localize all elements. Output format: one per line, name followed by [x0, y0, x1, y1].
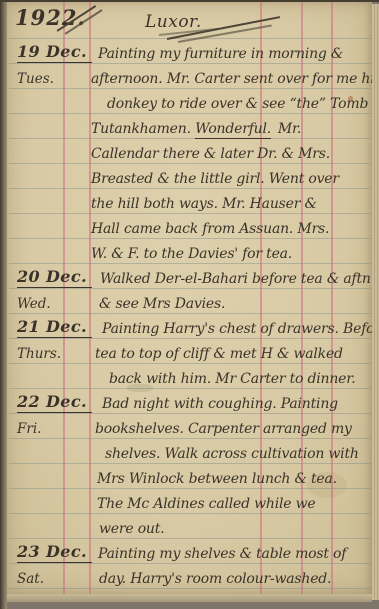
notebook-page: 1922. Luxor. 19 Dec. Painting my furnitu… — [7, 2, 372, 594]
entry-gutter: 20 Dec. — [7, 267, 92, 288]
diary-photo: 1922. Luxor. 19 Dec. Painting my furnitu… — [0, 0, 379, 609]
entry-text: afternoon. Mr. Carter sent over for me h… — [91, 71, 379, 88]
entry-text: Mrs Winlock between lunch & tea. — [91, 471, 372, 488]
entry-date: 23 Dec. — [17, 544, 92, 563]
diary-row: were out. — [7, 513, 372, 538]
diary-row: Sat. day. Harry's room colour-washed. — [7, 563, 372, 588]
entry-text-pre: Tutankhamen. — [91, 121, 195, 137]
entry-gutter: 22 Dec. — [7, 392, 92, 413]
entry-text: Tutankhamen. Wonderful. Mr. — [91, 121, 372, 138]
entry-text: Walked Der-el-Bahari before tea & aftn & — [92, 271, 379, 288]
entry-text: Painting my shelves & table most of — [92, 546, 372, 563]
entry-date: 22 Dec. — [17, 394, 92, 413]
diary-row: 20 Dec. Walked Der-el-Bahari before tea … — [7, 263, 372, 288]
page-edges-right — [372, 4, 379, 600]
diary-row: Hall came back from Assuan. Mrs. — [7, 213, 372, 238]
diary-row: The Mc Aldines called while we — [7, 488, 372, 513]
entry-text: Breasted & the little girl. Went over — [91, 171, 372, 188]
diary-row: Tues. afternoon. Mr. Carter sent over fo… — [7, 63, 372, 88]
entry-date: 21 Dec. — [17, 319, 92, 338]
entry-date: 19 Dec. — [17, 44, 92, 63]
entry-text: The Mc Aldines called while we — [91, 496, 372, 513]
entry-text: donkey to ride over & see “the” Tomb — [91, 96, 372, 113]
entry-text: Bad night with coughing. Painting — [92, 396, 372, 413]
entry-day: Wed. — [17, 297, 51, 313]
photo-top-edge — [0, 0, 379, 2]
diary-row: 19 Dec. Painting my furniture in morning… — [7, 38, 372, 63]
diary-row: Fri. bookshelves. Carpenter arranged my — [7, 413, 372, 438]
entry-text: bookshelves. Carpenter arranged my — [91, 421, 372, 438]
diary-row: Callendar there & later Dr. & Mrs. — [7, 138, 372, 163]
diary-row: 21 Dec. Painting Harry's chest of drawer… — [7, 313, 372, 338]
entry-text: were out. — [91, 521, 372, 538]
entry-day: Fri. — [17, 422, 41, 438]
entry-text: back with him. Mr Carter to dinner. — [91, 371, 372, 388]
entry-text: Callendar there & later Dr. & Mrs. — [91, 146, 372, 163]
entry-gutter: 23 Dec. — [7, 542, 92, 563]
entry-day: Thurs. — [17, 347, 61, 363]
entry-text: shelves. Walk across cultivation with — [91, 446, 372, 463]
diary-row: 22 Dec. Bad night with coughing. Paintin… — [7, 388, 372, 413]
entry-gutter: 21 Dec. — [7, 317, 92, 338]
entry-text: Hall came back from Assuan. Mrs. — [91, 221, 372, 238]
entry-text: & see Mrs Davies. — [91, 296, 372, 313]
entry-day: Tues. — [17, 72, 54, 88]
diary-row: Mrs Winlock between lunch & tea. — [7, 463, 372, 488]
diary-row: Breasted & the little girl. Went over — [7, 163, 372, 188]
diary-row: back with him. Mr Carter to dinner. — [7, 363, 372, 388]
binding-edge — [0, 0, 7, 609]
diary-row: shelves. Walk across cultivation with — [7, 438, 372, 463]
entry-gutter: Sat. — [7, 568, 91, 588]
entry-text: the hill both ways. Mr. Hauser & — [91, 196, 372, 213]
entry-gutter: Tues. — [7, 68, 91, 88]
entry-text: tea to top of cliff & met H & walked — [91, 346, 372, 363]
entry-day: Sat. — [17, 572, 44, 588]
diary-row: Thurs. tea to top of cliff & met H & wal… — [7, 338, 372, 363]
diary-row: Wed. & see Mrs Davies. — [7, 288, 372, 313]
entry-text: W. & F. to the Davies' for tea. — [91, 246, 372, 263]
entry-text: day. Harry's room colour-washed. — [91, 571, 372, 588]
diary-row: Tutankhamen. Wonderful. Mr. — [7, 113, 372, 138]
page-edge-bottom — [7, 594, 372, 602]
entry-text-post: Mr. — [271, 121, 301, 137]
diary-row: donkey to ride over & see “the” Tomb — [7, 88, 372, 113]
entry-gutter: Wed. — [7, 293, 91, 313]
header-place: Luxor. — [145, 12, 202, 32]
entry-text: Painting my furniture in morning & — [92, 46, 372, 63]
entry-date: 20 Dec. — [17, 269, 92, 288]
entry-gutter: Fri. — [7, 418, 91, 438]
diary-row: 23 Dec. Painting my shelves & table most… — [7, 538, 372, 563]
entry-gutter: 19 Dec. — [7, 42, 92, 63]
diary-row: the hill both ways. Mr. Hauser & — [7, 188, 372, 213]
underlined-word: Wonderful. — [195, 121, 271, 139]
diary-row: W. & F. to the Davies' for tea. — [7, 238, 372, 263]
entry-text: Painting Harry's chest of drawers. Befor… — [92, 321, 379, 338]
entry-gutter: Thurs. — [7, 343, 91, 363]
